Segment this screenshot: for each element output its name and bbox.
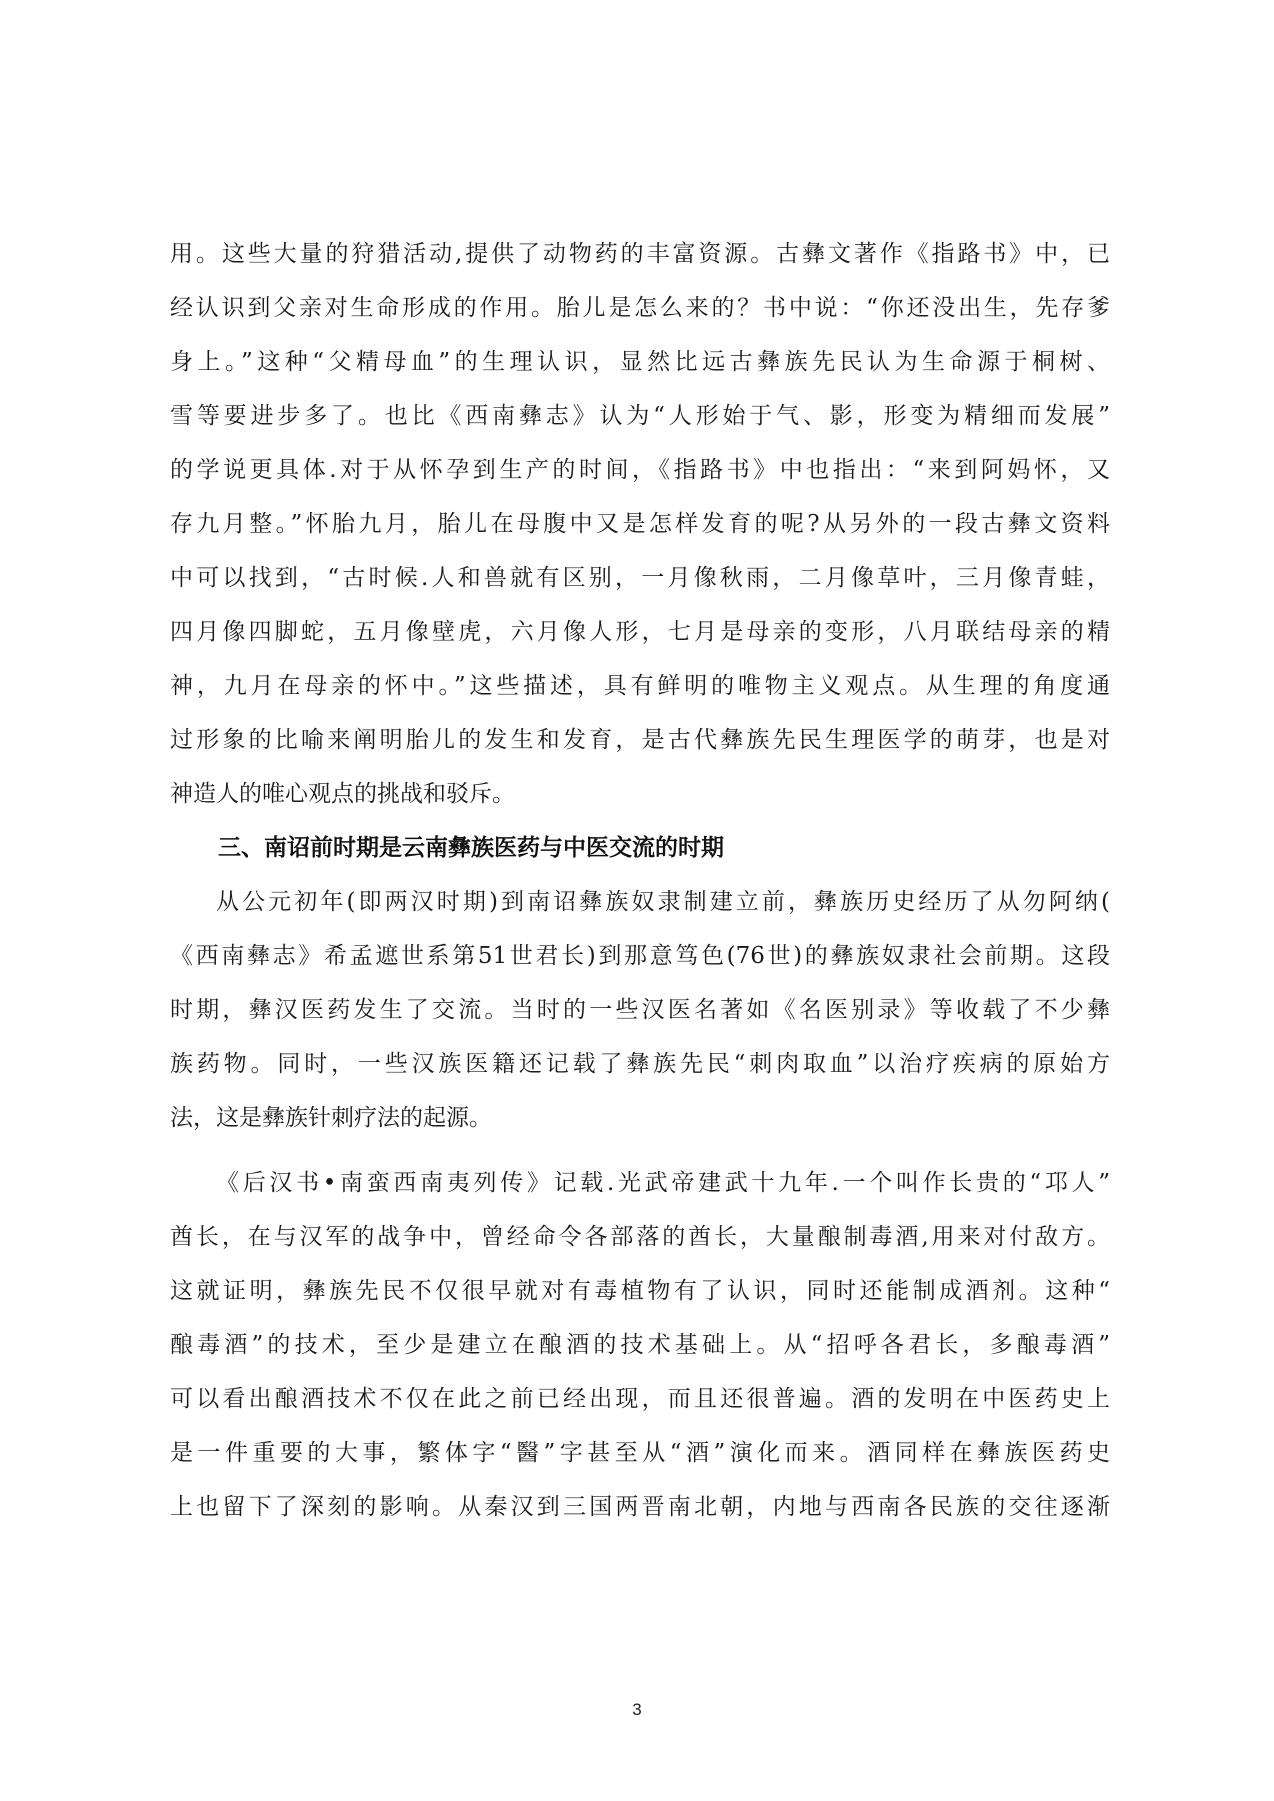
body-text-line: 《后汉书•南蛮西南夷列传》记载.光武帝建武十九年.一个叫作长贵的“邛人” <box>216 1168 1110 1198</box>
body-text-line: 这就证明，彝族先民不仅很早就对有毒植物有了认识，同时还能制成酒剂。这种“ <box>170 1276 1110 1306</box>
body-text-line: 酋长，在与汉军的战争中，曾经命令各部落的酋长，大量酿制毒酒,用来对付敌方。 <box>170 1222 1110 1252</box>
body-text-line: 四月像四脚蛇，五月像壁虎，六月像人形，七月是母亲的变形，八月联结母亲的精 <box>170 617 1110 647</box>
body-text-line: 可以看出酿酒技术不仅在此之前已经出现，而且还很普遍。酒的发明在中医药史上 <box>170 1384 1110 1414</box>
body-text-line: 用。这些大量的狩猎活动,提供了动物药的丰富资源。古彝文著作《指路书》中，已 <box>170 239 1110 269</box>
body-text-line: 经认识到父亲对生命形成的作用。胎儿是怎么来的？书中说：“你还没出生，先存爹 <box>170 293 1110 323</box>
section-heading: 三、南诏前时期是云南彝族医药与中医交流的时期 <box>218 833 1158 863</box>
body-text-line: 上也留下了深刻的影响。从秦汉到三国两晋南北朝，内地与西南各民族的交往逐渐 <box>170 1492 1110 1522</box>
body-text-line: 酿毒酒”的技术，至少是建立在酿酒的技术基础上。从“招呼各君长，多酿毒酒” <box>170 1330 1110 1360</box>
body-text-line: 的学说更具体.对于从怀孕到生产的时间，《指路书》中也指出：“来到阿妈怀，又 <box>170 455 1110 485</box>
body-text-line: 族药物。同时，一些汉族医籍还记载了彝族先民“刺肉取血”以治疗疾病的原始方 <box>170 1049 1110 1079</box>
body-text-line: 存九月整。”怀胎九月，胎儿在母腹中又是怎样发育的呢?从另外的一段古彝文资料 <box>170 509 1110 539</box>
document-page: 用。这些大量的狩猎活动,提供了动物药的丰富资源。古彝文著作《指路书》中，已 经认… <box>0 0 1274 1801</box>
body-text-line: 是一件重要的大事，繁体字“醫”字甚至从“酒”演化而来。酒同样在彝族医药史 <box>170 1438 1110 1468</box>
body-text-line: 法，这是彝族针刺疗法的起源。 <box>170 1103 1110 1133</box>
body-text-line: 过形象的比喻来阐明胎儿的发生和发育，是古代彝族先民生理医学的萌芽，也是对 <box>170 725 1110 755</box>
body-text-line: 身上。”这种“父精母血”的生理认识，显然比远古彝族先民认为生命源于桐树、 <box>170 347 1110 377</box>
body-text-line: 神，九月在母亲的怀中。”这些描述，具有鲜明的唯物主义观点。从生理的角度通 <box>170 671 1110 701</box>
body-text-line: 《西南彝志》希孟遮世系第51世君长)到那意笃色(76世)的彝族奴隶社会前期。这段 <box>170 941 1110 971</box>
body-text-line: 神造人的唯心观点的挑战和驳斥。 <box>170 779 1110 809</box>
body-text-line: 雪等要进步多了。也比《西南彝志》认为“人形始于气、影，形变为精细而发展” <box>170 401 1110 431</box>
body-text-line: 时期，彝汉医药发生了交流。当时的一些汉医名著如《名医别录》等收载了不少彝 <box>170 995 1110 1025</box>
body-text-line: 中可以找到，“古时候.人和兽就有区别，一月像秋雨，二月像草叶，三月像青蛙， <box>170 563 1110 593</box>
page-number: 3 <box>0 1700 1274 1720</box>
body-text-line: 从公元初年(即两汉时期)到南诏彝族奴隶制建立前，彝族历史经历了从勿阿纳( <box>216 887 1110 917</box>
